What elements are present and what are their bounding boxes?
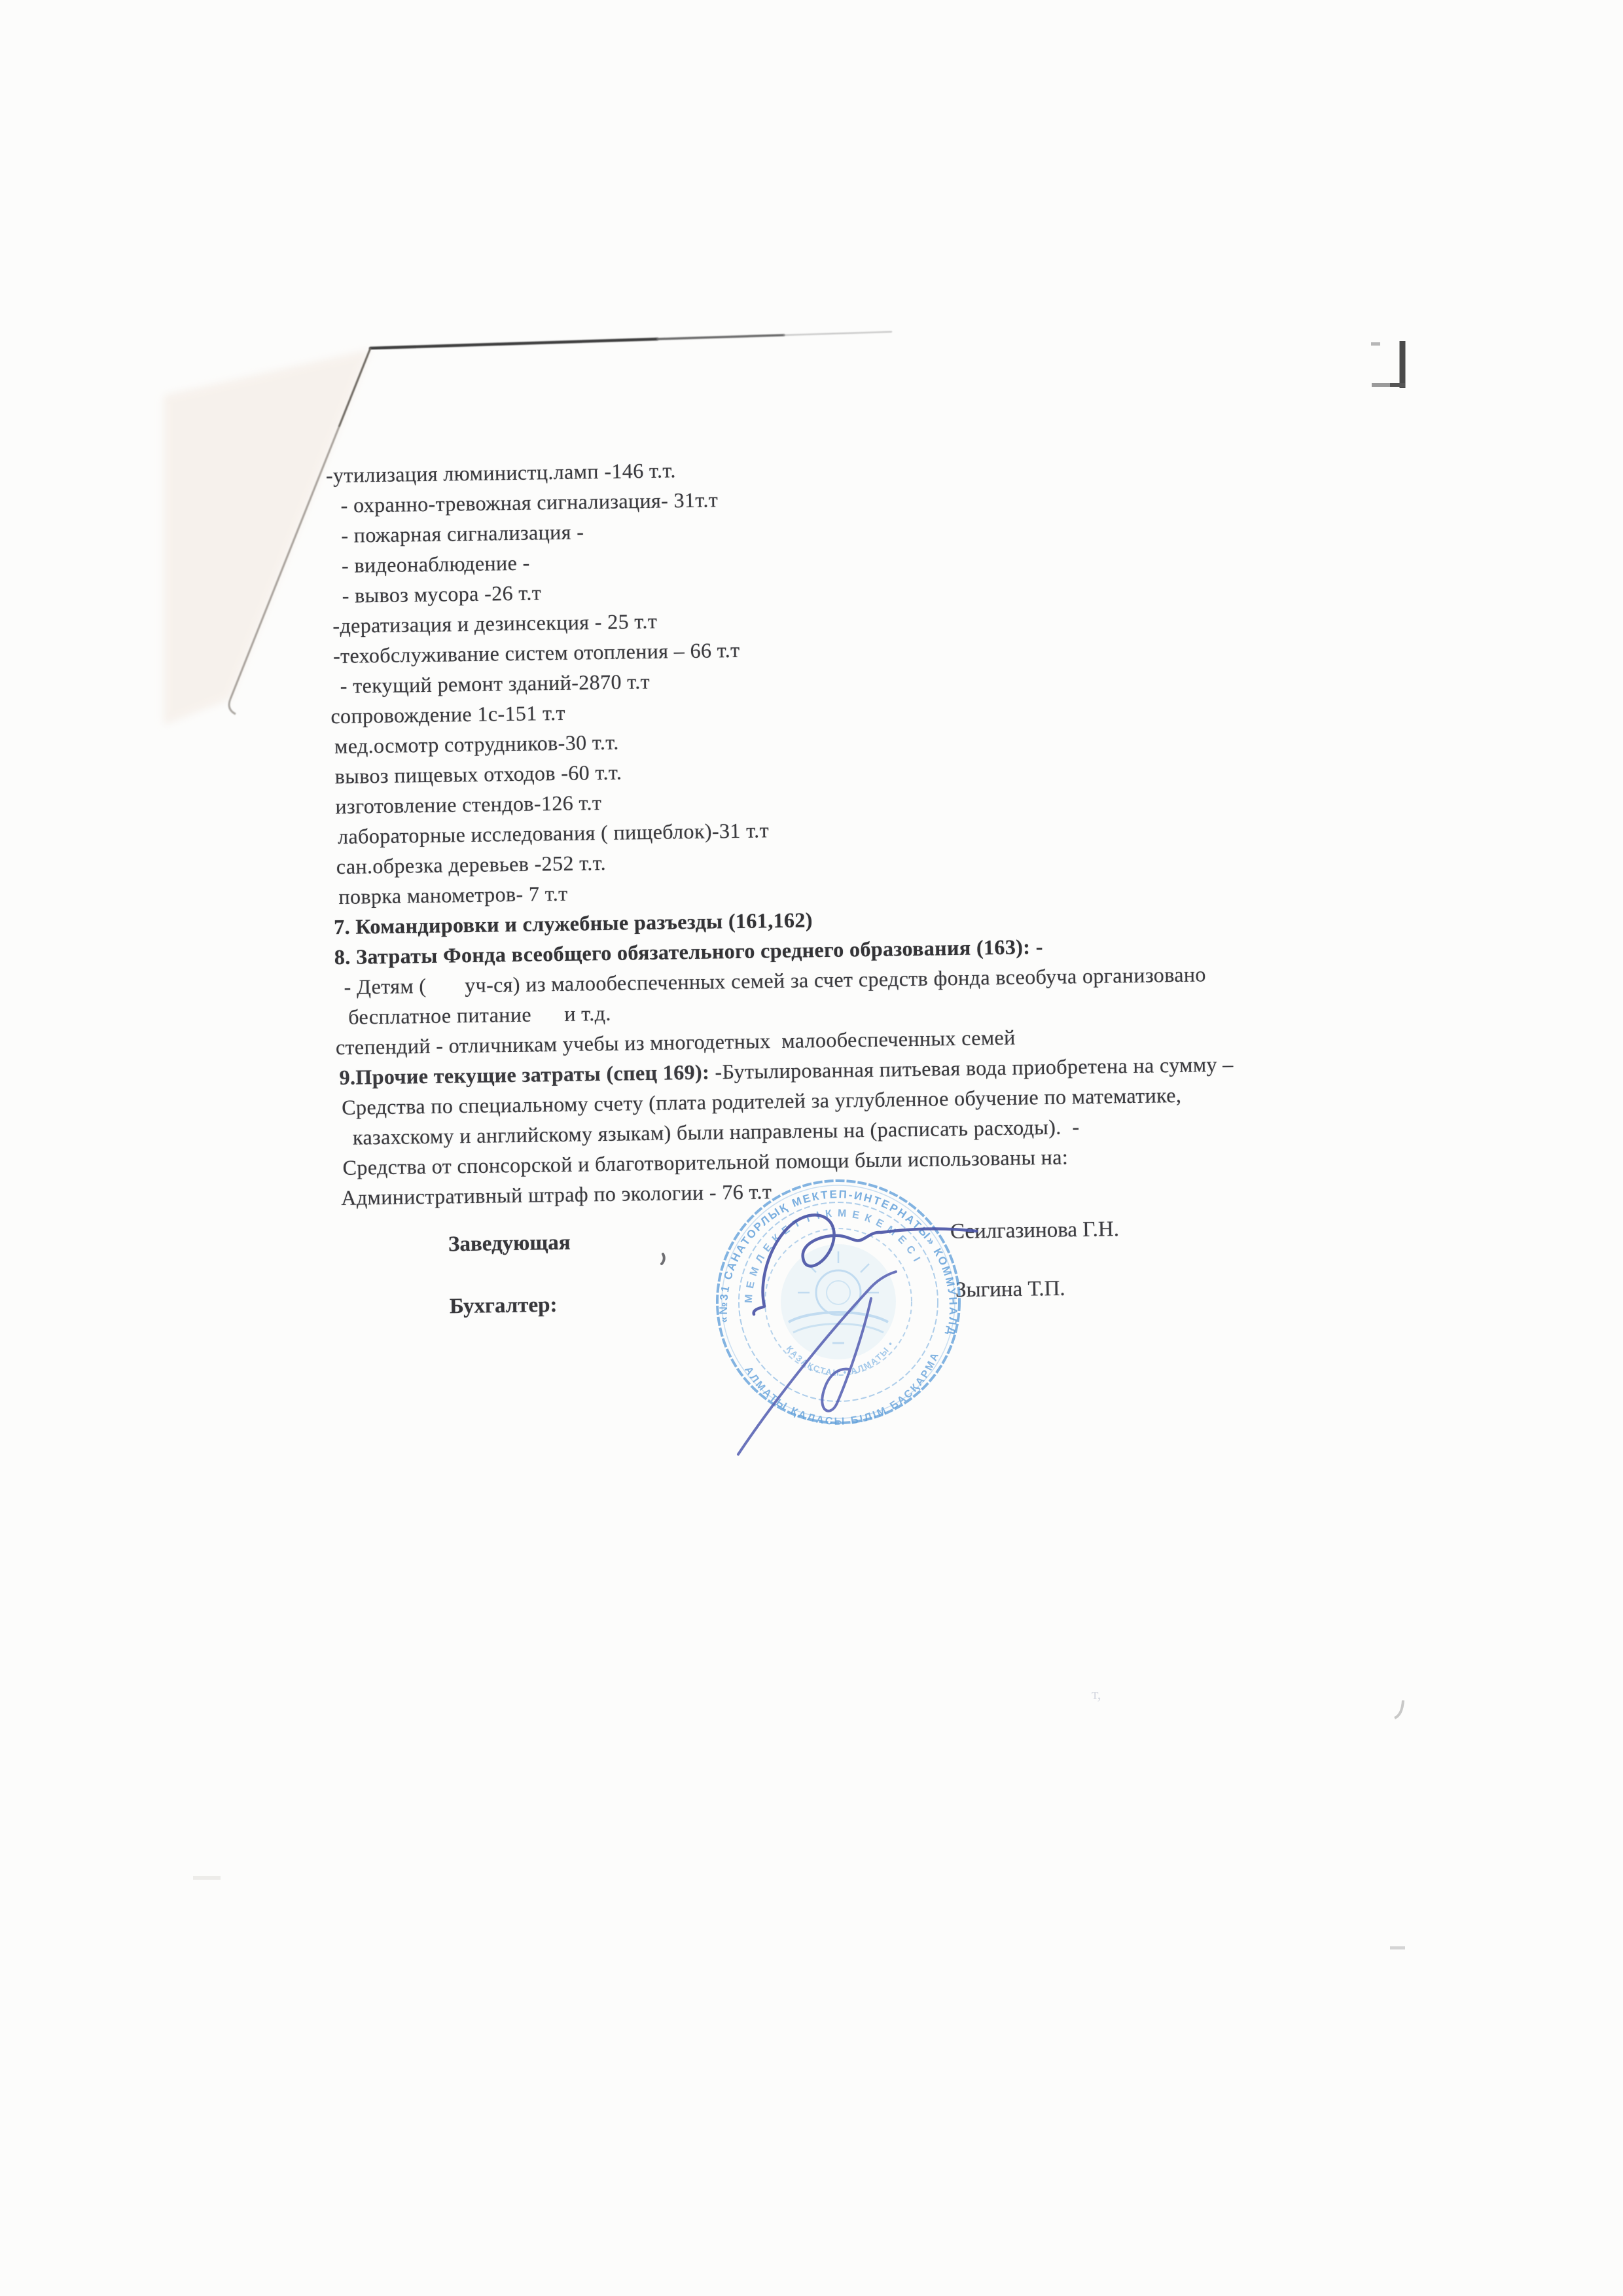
- stamp-and-signatures-layer: «№31 САНАТОРЛЫҚ МЕКТЕП-ИНТЕРНАТЫ» КОММУН…: [0, 0, 1623, 2296]
- stray-comma-mark: [662, 1254, 664, 1264]
- official-stamp: «№31 САНАТОРЛЫҚ МЕКТЕП-ИНТЕРНАТЫ» КОММУН…: [0, 0, 959, 1427]
- svg-text:«№31 САНАТОРЛЫҚ МЕКТЕП-ИНТЕРНА: «№31 САНАТОРЛЫҚ МЕКТЕП-ИНТЕРНАТЫ» КОММУН…: [0, 0, 959, 1337]
- svg-text:АЛМАТЫ ҚАЛАСЫ БІЛІМ БАСҚАРМАСЫ: АЛМАТЫ ҚАЛАСЫ БІЛІМ БАСҚАРМАСЫ: [0, 0, 942, 1427]
- stamp-arc-text-outer-top: «№31 САНАТОРЛЫҚ МЕКТЕП-ИНТЕРНАТЫ» КОММУН…: [0, 0, 959, 1337]
- scanned-document-page: -утилизация люминистц.ламп -146 т.т. - о…: [0, 0, 1623, 2296]
- stamp-arc-text-outer-bottom: АЛМАТЫ ҚАЛАСЫ БІЛІМ БАСҚАРМАСЫ: [0, 0, 942, 1427]
- faint-pencil-mark: т,: [1092, 1686, 1101, 1703]
